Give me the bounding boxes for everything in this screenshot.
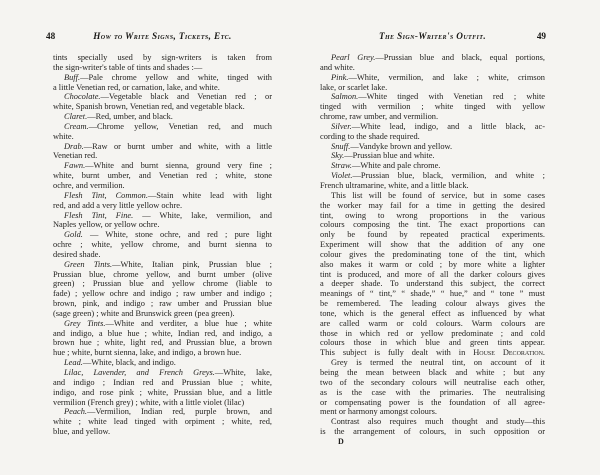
- text-line: being the mean between black and white ;…: [320, 368, 545, 378]
- text-line: Flesh Tint, Fine. — White, lake, vermili…: [53, 211, 272, 221]
- text-line: Green Tints.—White, Italian pink, Prussi…: [53, 260, 272, 270]
- text-line: Peach.—Vermilion, Indian red, purple bro…: [53, 407, 272, 417]
- text-line: the worker may fail for a time in gettin…: [320, 201, 545, 211]
- text-line: Contrast also requires much thought and …: [320, 417, 545, 427]
- text-line: Grey Tints.—White and verditer, a blue h…: [53, 319, 272, 329]
- text-line: Naples yellow, or yellow ochre.: [53, 220, 272, 230]
- text-line: colour gives the predominating tone of t…: [320, 250, 545, 260]
- text-line: Gold. — White, stone ochre, and red ; pu…: [53, 230, 272, 240]
- text-line: those in which red or yellow predominate…: [320, 329, 545, 339]
- text-line: Sky.—Prussian blue and white.: [320, 151, 545, 161]
- text-line: brown, pink, and indigo ; raw umber and …: [53, 299, 272, 309]
- text-line: lake, or scarlet lake.: [320, 83, 545, 93]
- printer-signature-mark: D: [320, 437, 545, 447]
- page-right-header: The Sign-Writer's Outfit. 49: [320, 31, 545, 43]
- page-left-header: 48 How to Write Signs, Tickets, Etc.: [53, 31, 272, 43]
- text-line: ochre ; white, yellow chrome, and burnt …: [53, 240, 272, 250]
- text-line: two of the secondary colours will neutra…: [320, 378, 545, 388]
- text-line: Snuff.—Vandyke brown and yellow.: [320, 142, 545, 152]
- text-line: hue ; white, burnt sienna, lake, and ind…: [53, 348, 272, 358]
- text-line: is the arrangement of colours, in such o…: [320, 427, 545, 437]
- text-line: be remembered. The leading colour always…: [320, 299, 545, 309]
- text-line: colours those in which blue and green ti…: [320, 338, 545, 348]
- text-line: a little Venetian red, or carnation, lak…: [53, 83, 272, 93]
- text-line: Fawn.—White and burnt sienna, ground ver…: [53, 161, 272, 171]
- text-line: Pearl Grey.—Prussian blue and black, equ…: [320, 53, 545, 63]
- text-line: and indigo, a blue hue ; white, Indian r…: [53, 329, 272, 339]
- text-line: Pink.—White, vermilion, and lake ; white…: [320, 73, 545, 83]
- text-line: white, burnt umber, and Venetian red ; w…: [53, 171, 272, 181]
- text-line: Buff.—Pale chrome yellow and white, ting…: [53, 73, 272, 83]
- text-line: cording to the shade required.: [320, 132, 545, 142]
- text-line: Cream.—Chrome yellow, Venetian red, and …: [53, 122, 272, 132]
- text-line: meanings of “ tint,” “ shade,” “ hue,” a…: [320, 289, 545, 299]
- running-header-left: How to Write Signs, Tickets, Etc.: [53, 31, 272, 41]
- text-line: blue, and yellow.: [53, 427, 272, 437]
- text-line: chrome, raw umber, and vermilion.: [320, 112, 545, 122]
- text-line: Lilac, Lavender, and French Greys.—White…: [53, 368, 272, 378]
- text-line: Straw.—White and pale chrome.: [320, 161, 545, 171]
- text-line: (sage green) ; white and Brunswick green…: [53, 309, 272, 319]
- text-line: Lead.—White, black, and indigo.: [53, 358, 272, 368]
- text-line: or compensating power is the foundation …: [320, 398, 545, 408]
- text-line: Claret.—Red, umber, and black.: [53, 112, 272, 122]
- page-number-right: 49: [537, 31, 546, 41]
- text-line: brown hue ; white, light red, and Prussi…: [53, 338, 272, 348]
- text-line: are called warm or cold colours. Warm co…: [320, 319, 545, 329]
- text-line: tints specially used by sign-writers is …: [53, 53, 272, 63]
- text-line: tint, owing to wrong proportions in the …: [320, 211, 545, 221]
- text-line: white, Spanish brown, Venetian red, and …: [53, 102, 272, 112]
- text-line: Experiment will show that the addition o…: [320, 240, 545, 250]
- text-line: Prussian blue, chrome yellow, and burnt …: [53, 270, 272, 280]
- page-right-body-text: Pearl Grey.—Prussian blue and black, equ…: [320, 53, 545, 437]
- text-line: and white.: [320, 63, 545, 73]
- text-line: French ultramarine, white, and a little …: [320, 181, 545, 191]
- text-line: only be found by repeated practical expe…: [320, 230, 545, 240]
- text-line: and indigo ; Indian red and Prussian blu…: [53, 378, 272, 388]
- text-line: This list will be found of service, but …: [320, 191, 545, 201]
- text-line: Venetian red.: [53, 151, 272, 161]
- text-line: a deeper shade. To understand this subje…: [320, 279, 545, 289]
- text-line: Drab.—Raw or burnt umber and white, with…: [53, 142, 272, 152]
- text-line: Silver.—White lead, indigo, and a little…: [320, 122, 545, 132]
- text-line: tinged with vermilion ; white tinged wit…: [320, 102, 545, 112]
- text-line: fade) ; yellow ochre and indigo ; raw um…: [53, 289, 272, 299]
- text-line: white ; white lead tinged with orpiment …: [53, 417, 272, 427]
- text-line: tint is produced, and more of all the da…: [320, 270, 545, 280]
- text-line: white.: [53, 132, 272, 142]
- text-line: indigo, and rose pink ; white, Prussian …: [53, 388, 272, 398]
- text-line: colours composing the tint. The exact pr…: [320, 220, 545, 230]
- text-line: also makes it warm or cold ; by more whi…: [320, 260, 545, 270]
- text-line: Grey is termed the neutral tint, on acco…: [320, 358, 545, 368]
- text-line: vermilion (French grey) ; white, with a …: [53, 398, 272, 408]
- text-line: tone, which is the general effect as inf…: [320, 309, 545, 319]
- text-line: ment or harmony amongst colours.: [320, 407, 545, 417]
- page-right: The Sign-Writer's Outfit. 49 Pearl Grey.…: [320, 31, 545, 447]
- text-line: This subject is fully dealt with in Hous…: [320, 348, 545, 358]
- text-line: desired shade.: [53, 250, 272, 260]
- text-line: Salmon.—White tinged with Venetian red ;…: [320, 92, 545, 102]
- page-left: 48 How to Write Signs, Tickets, Etc. tin…: [53, 31, 272, 437]
- text-line: Chocolate.—Vegetable black and Venetian …: [53, 92, 272, 102]
- page-left-body-text: tints specially used by sign-writers is …: [53, 53, 272, 437]
- text-line: Flesh Tint, Common.—Stain white lead wit…: [53, 191, 272, 201]
- text-line: the sign-writer's table of tints and sha…: [53, 63, 272, 73]
- text-line: as is the case with the primaries. The n…: [320, 388, 545, 398]
- text-line: ochre, and vermilion.: [53, 181, 272, 191]
- text-line: green) ; Prussian blue and yellow chrome…: [53, 279, 272, 289]
- text-line: Violet.—Prussian blue, black, vermilion,…: [320, 171, 545, 181]
- running-header-right: The Sign-Writer's Outfit.: [320, 31, 545, 41]
- text-line: red, and add a very little yellow ochre.: [53, 201, 272, 211]
